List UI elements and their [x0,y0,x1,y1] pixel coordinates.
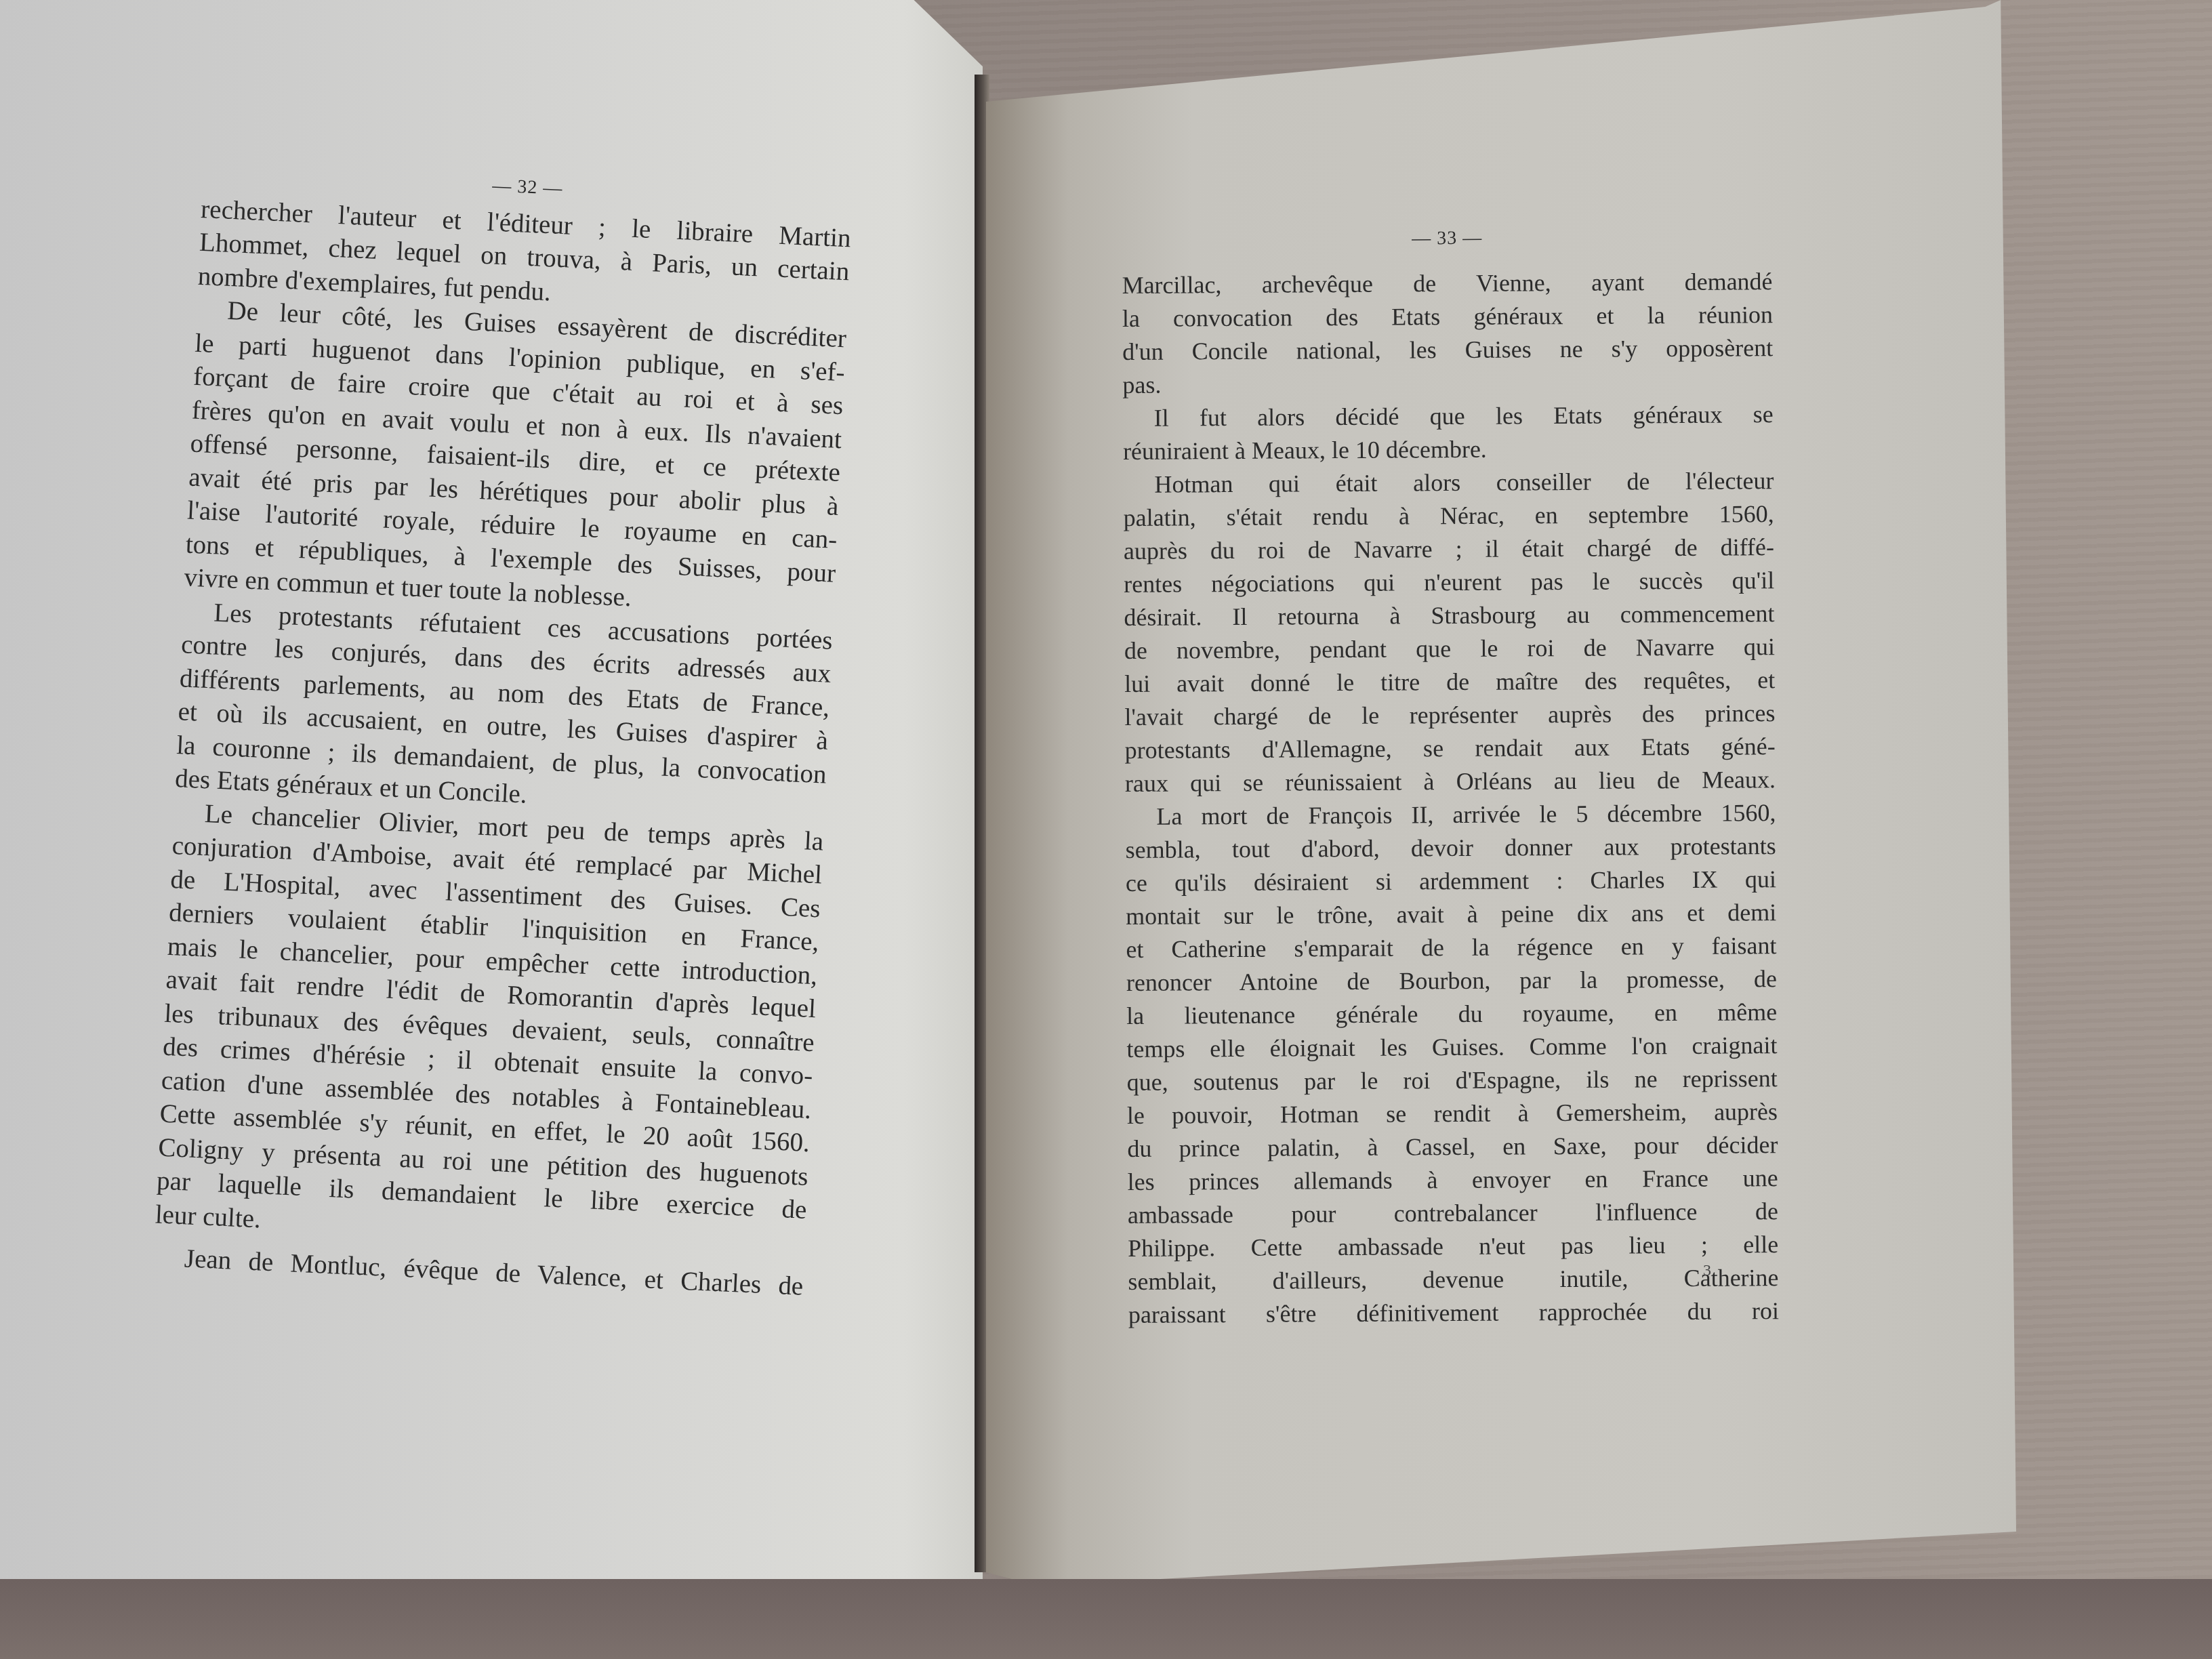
text-line: que, soutenus par le roi d'Espagne, ils … [1127,1062,1778,1099]
text-line: Philippe. Cette ambassade n'eut pas lieu… [1128,1228,1778,1265]
text-line: et Catherine s'emparait de la régence en… [1126,929,1776,966]
text-line: Hotman qui était alors conseiller de l'é… [1123,464,1774,501]
text-line: la convocation des Etats généraux et la … [1122,298,1773,335]
text-line: désirait. Il retourna à Strasbourg au co… [1124,597,1774,634]
text-line: raux qui se réunissaient à Orléans au li… [1125,763,1776,800]
text-line: l'avait chargé de le représenter auprès … [1124,697,1775,734]
text-line: La mort de François II, arrivée le 5 déc… [1125,796,1776,834]
text-line: semblait, d'ailleurs, devenue inutile, C… [1128,1261,1778,1298]
text-line: lui avait donné le titre de maître des r… [1124,663,1775,701]
text-line: du prince palatin, à Cassel, en Saxe, po… [1127,1128,1778,1166]
text-line: ce qu'ils désiraient si ardemment : Char… [1126,863,1776,900]
text-line: auprès du roi de Navarre ; il était char… [1124,531,1774,568]
text-line: pas. [1122,365,1773,402]
text-line: de novembre, pendant que le roi de Navar… [1124,630,1775,668]
text-line: renoncer Antoine de Bourbon, par la prom… [1126,962,1777,1000]
text-line: rentes négociations qui n'eurent pas le … [1124,564,1774,601]
text-line: le pouvoir, Hotman se rendit à Gemershei… [1127,1095,1778,1132]
page-number-right: — 33 — [1122,220,1772,257]
text-line: paraissant s'être définitivement rapproc… [1128,1294,1779,1332]
text-line: la lieutenance générale du royaume, en m… [1126,996,1777,1033]
text-line: temps elle éloignait les Guises. Comme l… [1126,1029,1777,1066]
text-line: Il fut alors décidé que les Etats généra… [1123,398,1774,435]
text-line: protestants d'Allemagne, se rendait aux … [1125,730,1776,767]
text-line: palatin, s'était rendu à Nérac, en septe… [1124,497,1774,535]
signature-mark: 3 [1703,1262,1711,1280]
text-line: les princes allemands à envoyer en Franc… [1127,1162,1778,1199]
text-line: Marcillac, archevêque de Vienne, ayant d… [1122,265,1772,302]
text-line: ambassade pour contrebalancer l'influenc… [1128,1195,1778,1232]
text-line: montait sur le trône, avait à peine dix … [1126,896,1776,933]
left-page-text: — 32 — rechercher l'auteur et l'éditeur … [152,156,853,1303]
text-line: d'un Concile national, les Guises ne s'y… [1122,331,1773,369]
text-line: sembla, tout d'abord, devoir donner aux … [1125,829,1776,867]
text-line: réuniraient à Meaux, le 10 décembre. [1123,431,1774,468]
table-edge-bottom [0,1579,2212,1659]
right-page-text: — 33 — Marcillac, archevêque de Vienne, … [1122,220,1779,1332]
